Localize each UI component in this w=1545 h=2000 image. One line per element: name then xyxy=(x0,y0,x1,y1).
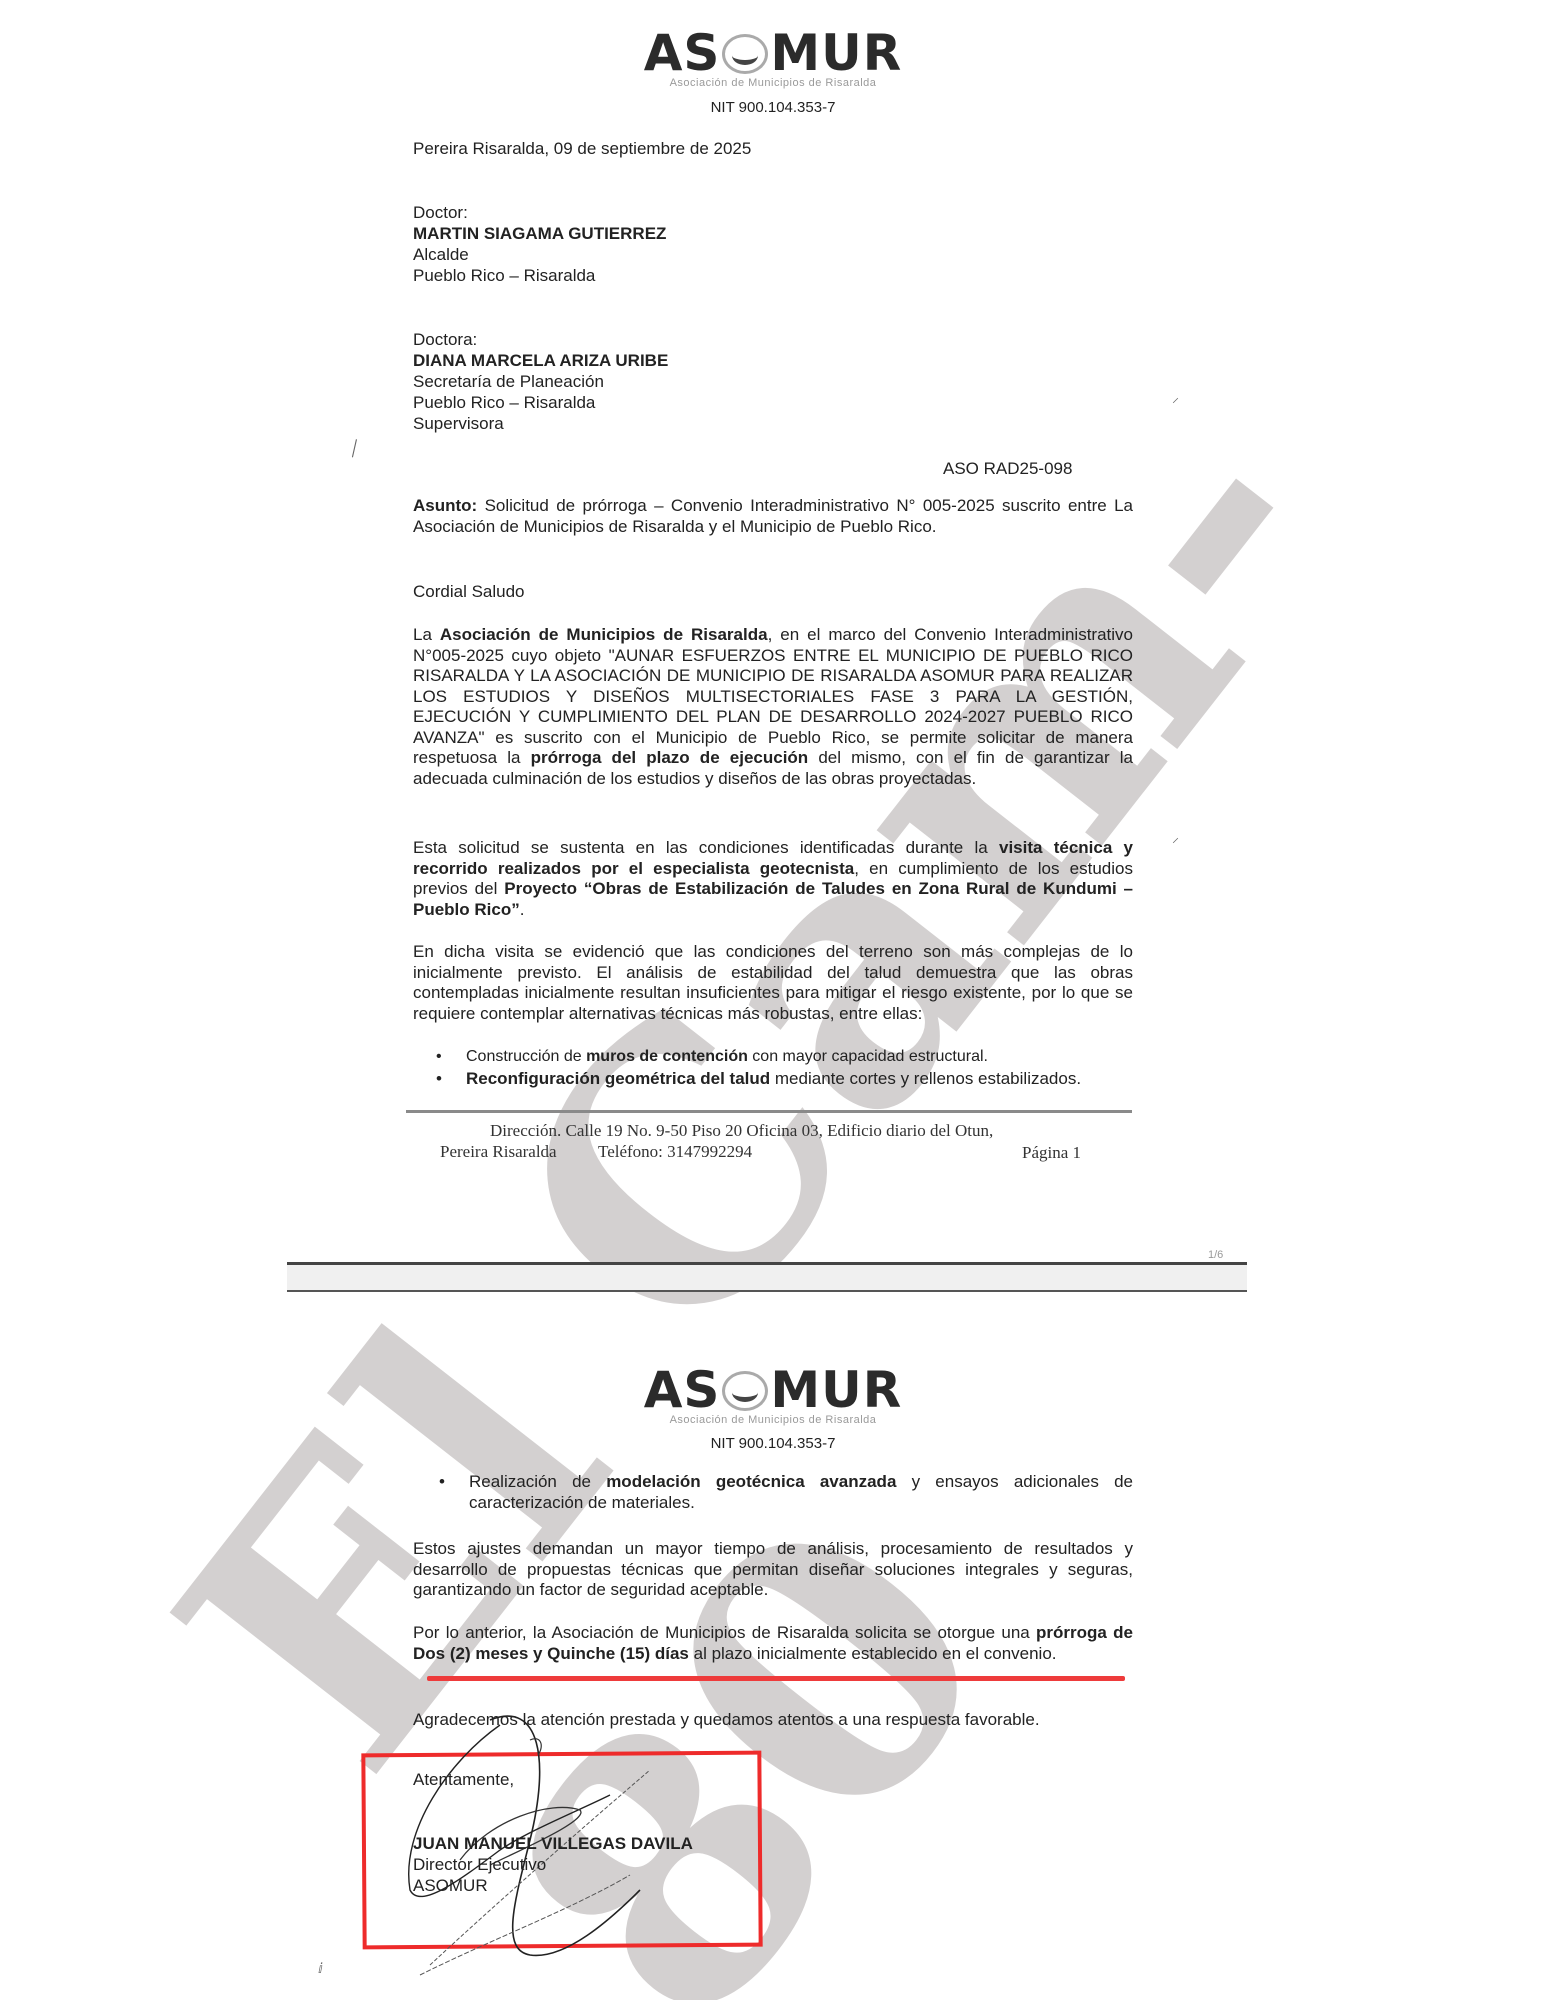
footer-phone: Teléfono: 3147992294 xyxy=(598,1142,752,1162)
nit-number: NIT 900.104.353-7 xyxy=(603,99,943,116)
footer-page-number: Página 1 xyxy=(1022,1143,1081,1163)
footer-city: Pereira Risaralda xyxy=(440,1142,557,1162)
recipient-1: Doctor: MARTIN SIAGAMA GUTIERREZ Alcalde… xyxy=(413,202,666,286)
text: Construcción de xyxy=(466,1048,586,1065)
page-separator-band xyxy=(287,1265,1247,1290)
bold-text: Reconfiguración geométrica del talud xyxy=(466,1069,770,1088)
logo-text-left: AS xyxy=(644,24,721,82)
asomur-logo: ASMUR Asociación de Municipios de Risara… xyxy=(603,1365,943,1427)
alternatives-list-continued: Realización de modelación geotécnica ava… xyxy=(433,1472,1133,1513)
footer-address: Dirección. Calle 19 No. 9-50 Piso 20 Ofi… xyxy=(490,1121,993,1141)
signer-block: JUAN MANUEL VILLEGAS DAVILA Director Eje… xyxy=(413,1833,693,1896)
alternatives-list: Construcción de muros de contención con … xyxy=(430,1046,1130,1090)
paragraph-3: En dicha visita se evidenció que las con… xyxy=(413,942,1133,1024)
recipient-title: Alcalde xyxy=(413,244,666,265)
closing: Atentamente, xyxy=(413,1770,514,1790)
bold-text: prórroga del plazo de ejecución xyxy=(531,748,809,767)
logo-text-left: AS xyxy=(644,1361,721,1419)
recipient-name: DIANA MARCELA ARIZA URIBE xyxy=(413,350,668,371)
signer-org: ASOMUR xyxy=(413,1875,693,1896)
paragraph-adjustments: Estos ajustes demandan un mayor tiempo d… xyxy=(413,1539,1133,1601)
paragraph-2: Esta solicitud se sustenta en las condic… xyxy=(413,838,1133,920)
text: con mayor capacidad estructural. xyxy=(748,1048,988,1065)
paragraph-request: Por lo anterior, la Asociación de Munici… xyxy=(413,1623,1133,1664)
page-1: ASMUR Asociación de Municipios de Risara… xyxy=(0,0,1545,1260)
list-item: Realización de modelación geotécnica ava… xyxy=(433,1472,1133,1513)
text: Esta solicitud se sustenta en las condic… xyxy=(413,838,999,857)
recipient-name: MARTIN SIAGAMA GUTIERREZ xyxy=(413,223,666,244)
text: Por lo anterior, la Asociación de Munici… xyxy=(413,1623,1036,1642)
signer-name: JUAN MANUEL VILLEGAS DAVILA xyxy=(413,1833,693,1854)
recipient-role: Supervisora xyxy=(413,413,668,434)
nit-number: NIT 900.104.353-7 xyxy=(603,1435,943,1452)
scan-mark: ⸝ xyxy=(1172,388,1179,407)
subject-line: Asunto: Solicitud de prórroga – Convenio… xyxy=(413,496,1133,537)
subject-label: Asunto: xyxy=(413,496,477,515)
logo-swirl-icon xyxy=(722,1371,768,1411)
recipient-salutation: Doctor: xyxy=(413,202,666,223)
bold-text: Asociación de Municipios de Risaralda xyxy=(440,625,768,644)
recipient-location: Pueblo Rico – Risaralda xyxy=(413,392,668,413)
text: mediante cortes y rellenos estabilizados… xyxy=(770,1069,1081,1088)
logo-text-right: MUR xyxy=(770,1361,902,1419)
paragraph-1: La Asociación de Municipios de Risaralda… xyxy=(413,625,1133,789)
text: al plazo inicialmente establecido en el … xyxy=(689,1644,1057,1663)
subject-text: Solicitud de prórroga – Convenio Interad… xyxy=(413,496,1133,536)
text: Realización de xyxy=(469,1472,606,1491)
reference-number: ASO RAD25-098 xyxy=(943,459,1072,479)
asomur-logo: ASMUR Asociación de Municipios de Risara… xyxy=(603,28,943,90)
footer-divider xyxy=(406,1110,1132,1113)
bold-text: modelación geotécnica avanzada xyxy=(606,1472,896,1491)
list-item: Reconfiguración geométrica del talud med… xyxy=(430,1068,1130,1090)
page-2: ASMUR Asociación de Municipios de Risara… xyxy=(0,1292,1545,2000)
logo-swirl-icon xyxy=(722,34,768,74)
signer-title: Director Ejecutivo xyxy=(413,1854,693,1875)
recipient-2: Doctora: DIANA MARCELA ARIZA URIBE Secre… xyxy=(413,329,668,434)
logo-text-right: MUR xyxy=(770,24,902,82)
recipient-title: Secretaría de Planeación xyxy=(413,371,668,392)
scan-mark: ╲ xyxy=(346,439,363,457)
text: . xyxy=(520,900,525,919)
place-date: Pereira Risaralda, 09 de septiembre de 2… xyxy=(413,139,751,159)
greeting: Cordial Saludo xyxy=(413,582,525,602)
recipient-location: Pueblo Rico – Risaralda xyxy=(413,265,666,286)
bold-text: muros de contención xyxy=(586,1048,748,1065)
scan-mark: ⸝ xyxy=(1172,828,1179,847)
text: , en el marco del Convenio Interadminist… xyxy=(413,625,1133,767)
list-item: Construcción de muros de contención con … xyxy=(430,1046,1130,1068)
recipient-salutation: Doctora: xyxy=(413,329,668,350)
thanks-line: Agradecemos la atención prestada y queda… xyxy=(413,1710,1040,1730)
text: La xyxy=(413,625,440,644)
